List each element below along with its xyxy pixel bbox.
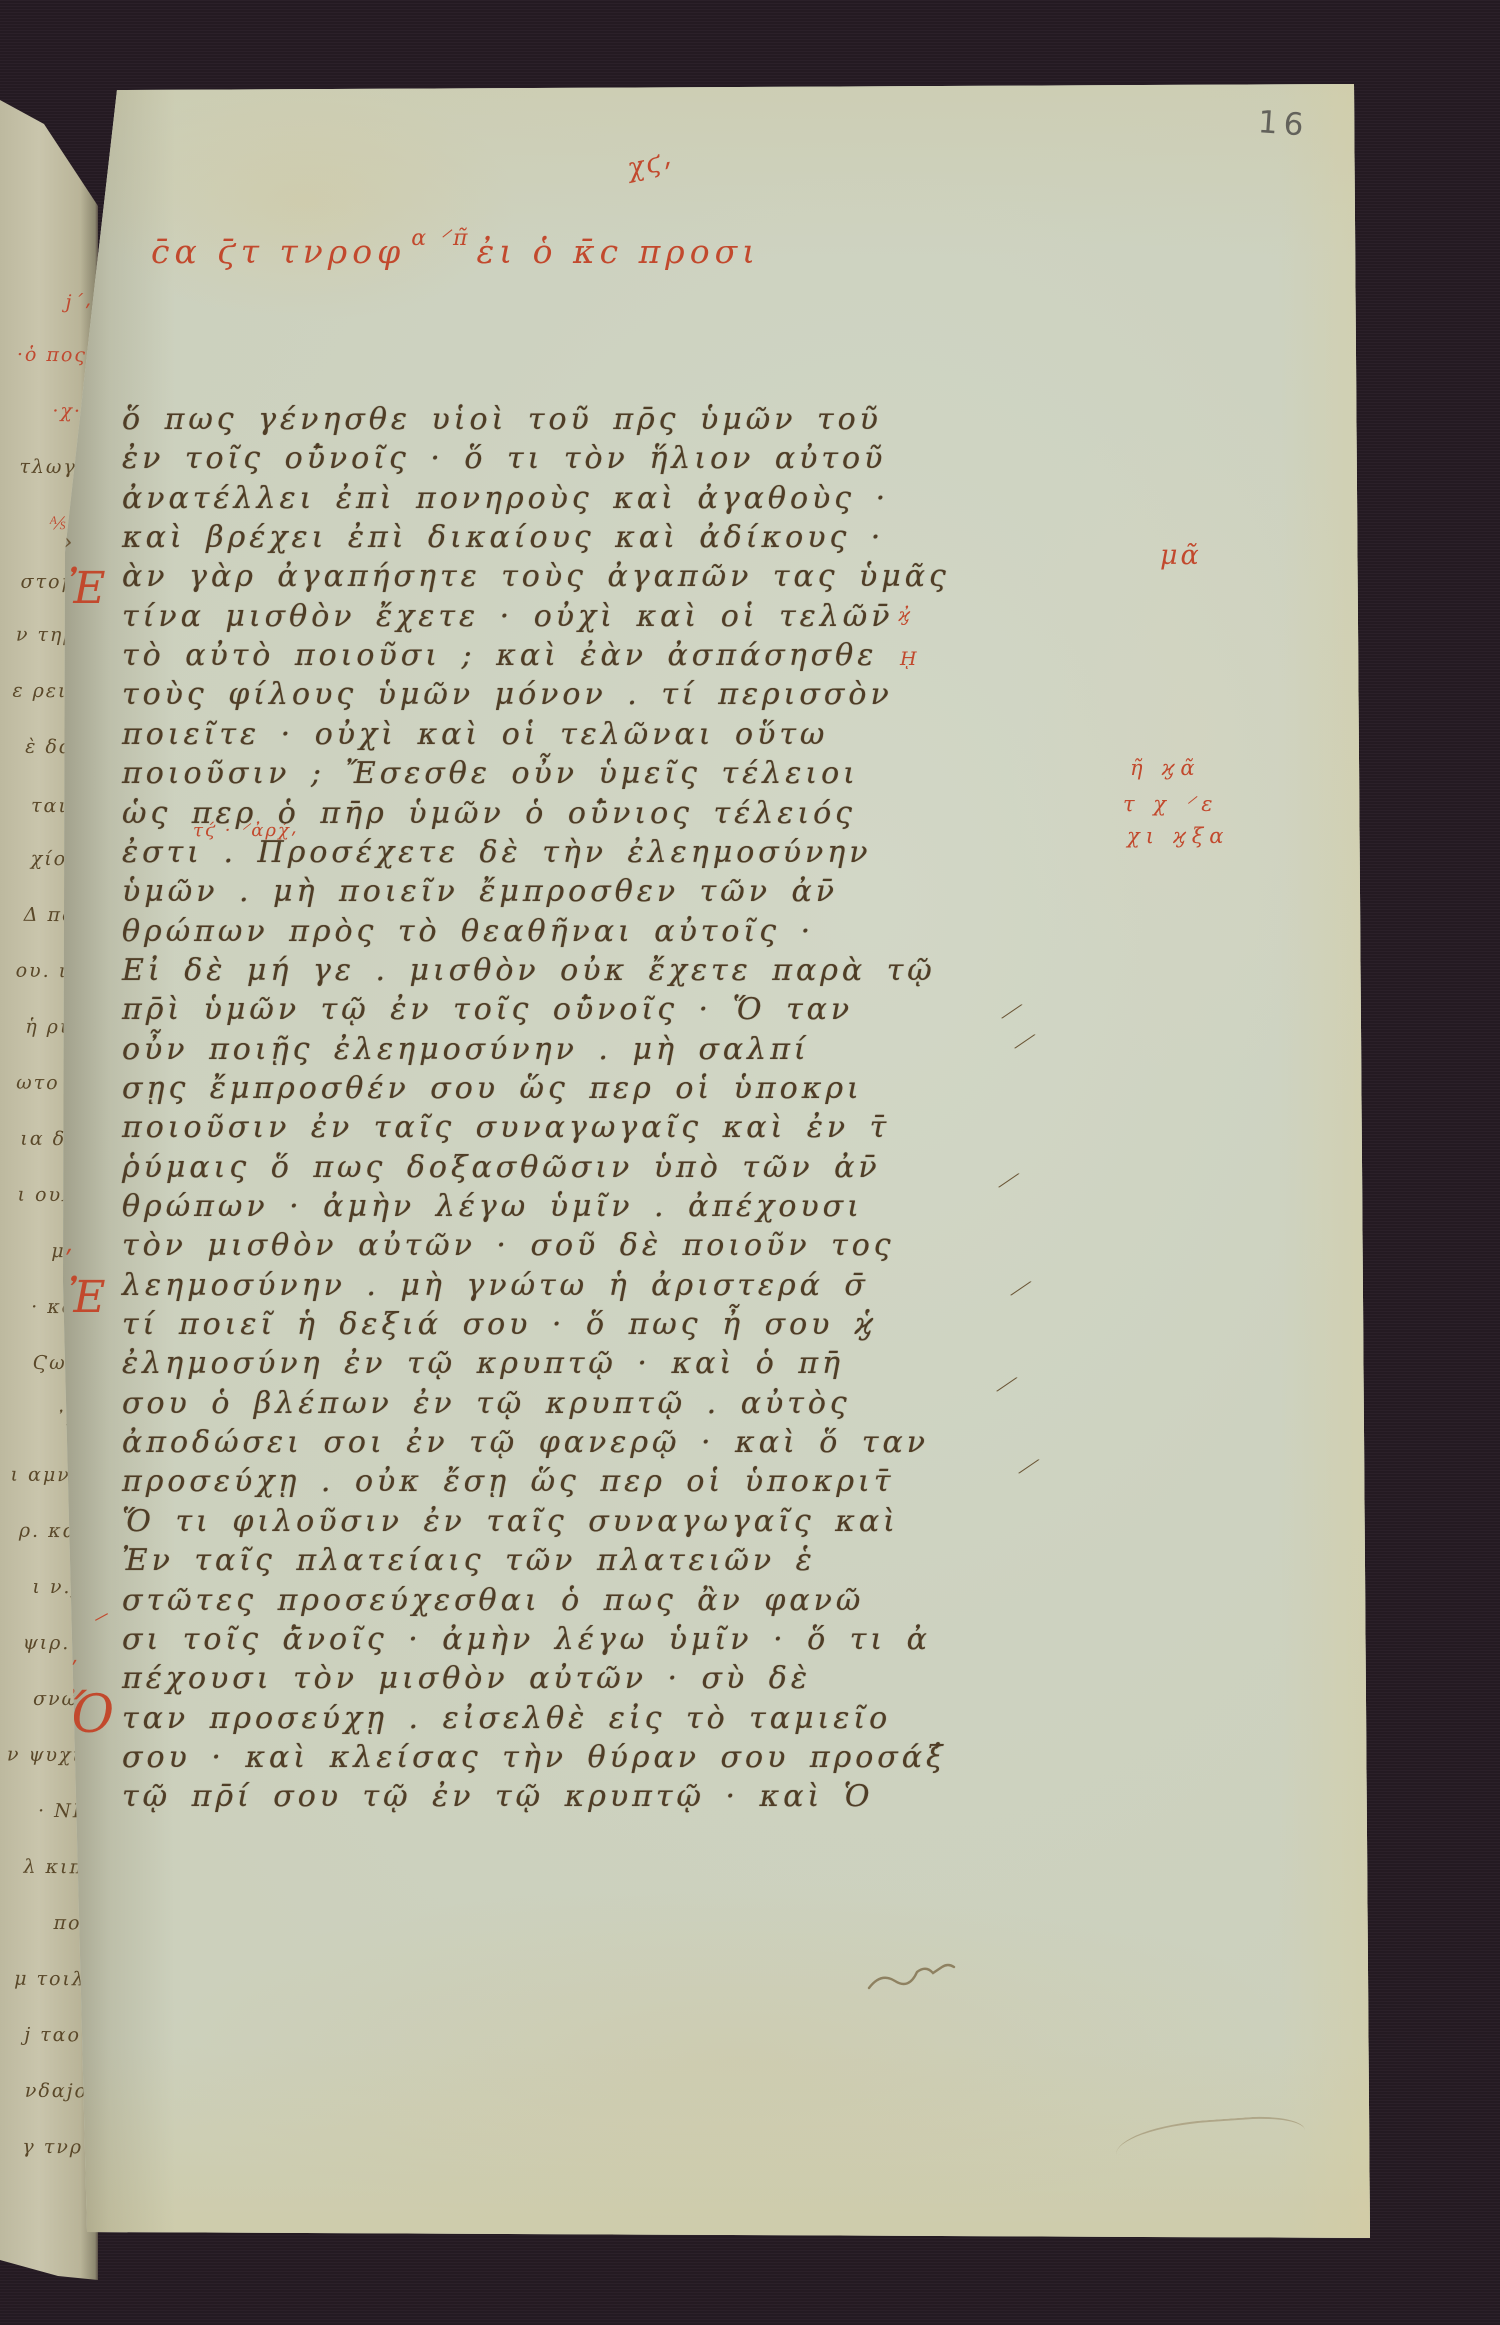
text-line-body: Ἐν ταῖς πλατείαις τῶν πλατειῶν ἑ bbox=[122, 1543, 816, 1578]
text-line-body: ὡς περ ὁ πη̄ρ ὑμῶν ὁ οὐ̄νιος τέλειός bbox=[122, 796, 856, 831]
text-line: ἐλημοσύνη ἐν τῷ κρυπτῷ · καὶ ὁ πη̄ bbox=[122, 1346, 844, 1381]
parchment-stain bbox=[95, 82, 515, 322]
text-line-body: τὸ αὐτὸ ποιοῦσι ; καὶ ἐὰν ἀσπάσησθε bbox=[122, 638, 877, 673]
text-line-body: ὰν γὰρ ἀγαπήσητε τοὺς ἀγαπῶν τας ὑμᾶς bbox=[122, 559, 950, 594]
text-line-body: στῶτες προσεύχεσθαι ὁ πως ἂν φανῶ bbox=[122, 1583, 864, 1618]
parchment-stain bbox=[1005, 382, 1385, 1082]
text-line-body: τῷ πρ̄ί σου τῷ ἐν τῷ κρυπτῷ · καὶ Ὁ bbox=[122, 1779, 874, 1814]
text-line-body: ἐστι . Προσέχετε δὲ τὴν ἐλεημοσύνην bbox=[122, 835, 871, 870]
text-line: ποιοῦσιν ἐν ταῖς συναγωγαῖς καὶ ἐν τ̄ bbox=[122, 1110, 890, 1145]
facing-page-fragment: ·χ· bbox=[0, 399, 82, 422]
text-line: ποιεῖτε · οὐχὶ καὶ οἱ τελῶναι οὕτω bbox=[122, 717, 828, 752]
line-end-red-mark: ϗ̓ bbox=[898, 604, 910, 626]
red-initial: Ἐ bbox=[68, 1272, 110, 1323]
manuscript-page: 16 ϲ̄α ϛ̄τ τνροφα ⸍π̃ἐι ὁ κ̄ϲ προσι χϛ⸴ … bbox=[55, 82, 1370, 2240]
line-end-flourish: ⟋ bbox=[1000, 999, 1019, 1026]
parchment-crease bbox=[1114, 2113, 1305, 2154]
text-line-body: ῥύμαις ὅ πως δοξασθῶσιν ὑπὸ τῶν ἀν̄ bbox=[122, 1150, 881, 1185]
folio-number: 16 bbox=[1257, 104, 1311, 144]
canon-reference-row: χι ϗξα bbox=[1127, 824, 1229, 848]
text-line-body: οὖν ποιῇς ἐλεημοσύνην . μὴ σαλπί bbox=[122, 1032, 810, 1067]
text-line-body: σου ὁ βλέπων ἐν τῷ κρυπτῷ . αὐτὸς bbox=[122, 1386, 851, 1421]
line-end-red-mark: ῌ bbox=[900, 648, 917, 670]
facing-page-fragment: ϳ ταο bbox=[0, 2023, 81, 2046]
facing-page-fragment: ϳ΄⸴ bbox=[6, 288, 92, 315]
text-line-body: σι τοῖς ἀ̄νοῖς · ἀμὴν λέγω ὑμῖν · ὅ τι ἀ bbox=[122, 1622, 931, 1657]
text-line-body: λεημοσύνην . μὴ γνώτω ἡ ἀριστερά σ̄ bbox=[122, 1268, 869, 1303]
facing-page-fragment: ποι bbox=[5, 1912, 91, 1935]
text-line-body: θρώπων · ἀμὴν λέγω ὑμῖν . ἀπέχουσι bbox=[122, 1189, 863, 1224]
text-line: σι τοῖς ἀ̄νοῖς · ἀμὴν λέγω ὑμῖν · ὅ τι ἀ bbox=[122, 1622, 931, 1657]
text-line: σῃς ἔμπροσθέν σου ὥς περ οἱ ὑποκρι bbox=[122, 1071, 863, 1106]
text-line-body: πρ̄ὶ ὑμῶν τῷ ἐν τοῖς οὐ̄νοῖς · Ὅ ταν bbox=[122, 992, 853, 1027]
text-line: τίνα μισθὸν ἔχετε · οὐχὶ καὶ οἱ τελῶν̄ bbox=[122, 599, 893, 634]
text-line: σου · καὶ κλείσας τὴν θύραν σου προσάξ̓ bbox=[122, 1740, 947, 1775]
canon-reference-row: ῆ ϗᾶ bbox=[1130, 756, 1201, 780]
line-end-flourish: ⟋ bbox=[1017, 1454, 1036, 1481]
text-line-body: ποιοῦσιν ; Ἔσεσθε οὖν ὑμεῖς τέλειοι bbox=[122, 756, 859, 791]
text-line-body: τὸν μισθὸν αὐτῶν · σοῦ δὲ ποιοῦν τος bbox=[122, 1228, 895, 1263]
red-initial: Ἐ bbox=[68, 563, 110, 614]
text-line: Ὅταν προσεύχῃ . εἰσελθὲ εἰς τὸ ταμιεῖο bbox=[122, 1701, 891, 1736]
text-line: οὖν ποιῇς ἐλεημοσύνην . μὴ σαλπί bbox=[122, 1032, 810, 1067]
text-line: Ἐν ταῖς πλατείαις τῶν πλατειῶν ἑ bbox=[122, 1543, 816, 1578]
text-line-body: ἐν τοῖς οὐ̄νοῖς · ὅ τι τὸν ἥλιον αὐτοῦ bbox=[122, 441, 886, 476]
rubric-heading: ϲ̄α ϛ̄τ τνροφα ⸍π̃ἐι ὁ κ̄ϲ προσι bbox=[151, 222, 760, 271]
text-line-body: ποιεῖτε · οὐχὶ καὶ οἱ τελῶναι οὕτω bbox=[122, 717, 828, 752]
text-line: Ἐὰν γὰρ ἀγαπήσητε τοὺς ἀγαπῶν τας ὑμᾶς bbox=[122, 559, 950, 594]
text-line: ὅ πως γένησθε υἱοὶ τοῦ πρ̄ς ὑμῶν τοῦ bbox=[122, 402, 882, 437]
rubric-superscript: α ⸍π̃ bbox=[411, 226, 470, 251]
text-line-body: ποιοῦσιν ἐν ταῖς συναγωγαῖς καὶ ἐν τ̄ bbox=[122, 1110, 890, 1145]
text-line: τὸν μισθὸν αὐτῶν · σοῦ δὲ ποιοῦν τος bbox=[122, 1228, 895, 1263]
text-line: ὡς περ ὁ πη̄ρ ὑμῶν ὁ οὐ̄νιος τέλειός bbox=[122, 796, 856, 831]
canon-reference-row: τ χ ⸍ε bbox=[1123, 790, 1218, 818]
parchment-stain bbox=[135, 1882, 1335, 2242]
text-line: Εἰ δὲ μή γε . μισθὸν οὐκ ἔχετε παρὰ τῷ bbox=[122, 953, 936, 988]
text-line: θρώπων πρὸς τὸ θεαθῆναι αὐτοῖς · bbox=[122, 914, 814, 949]
text-line: καὶ βρέχει ἐπὶ δικαίους καὶ ἀδίκους · bbox=[122, 520, 884, 555]
rubric-part1: ϲ̄α ϛ̄τ τνροφ bbox=[151, 232, 405, 271]
text-line: ἀποδώσει σοι ἐν τῷ φανερῷ · καὶ ὅ ταν bbox=[122, 1425, 929, 1460]
rubric-part2: ἐι ὁ κ̄ϲ προσι bbox=[477, 232, 761, 271]
text-line: θρώπων · ἀμὴν λέγω ὑμῖν . ἀπέχουσι bbox=[122, 1189, 863, 1224]
manuscript-photo: ϳ΄⸴·ὁ πος·χ·τλωγε⅍ ·στομ ⸴ν τηριε ρεινὲ … bbox=[0, 0, 1500, 2325]
text-line: τὸ αὐτὸ ποιοῦσι ; καὶ ἐὰν ἀσπάσησθε bbox=[122, 638, 877, 673]
text-line-body: Εἰ δὲ μή γε . μισθὸν οὐκ ἔχετε παρὰ τῷ bbox=[122, 953, 936, 988]
text-line-body: ὑμῶν . μὴ ποιεῖν ἔμπροσθεν τῶν ἀν̄ bbox=[122, 874, 838, 909]
facing-page-fragment: μ τοιλ bbox=[0, 1967, 86, 1990]
text-line-body: τί ποιεῖ ἡ δεξιά σου · ὅ πως ἦ σου ϗ̔ bbox=[122, 1307, 877, 1342]
text-line: τῷ πρ̄ί σου τῷ ἐν τῷ κρυπτῷ · καὶ Ὁ bbox=[122, 1779, 874, 1814]
text-line-body: ἀποδώσει σοι ἐν τῷ φανερῷ · καὶ ὅ ταν bbox=[122, 1425, 929, 1460]
line-end-flourish: ⟋ bbox=[1013, 1029, 1032, 1056]
red-slash-mark: ⸍ bbox=[88, 1601, 107, 1639]
text-line: πέχουσι τὸν μισθὸν αὐτῶν · σὺ δὲ bbox=[122, 1661, 811, 1696]
text-line-body: σου · καὶ κλείσας τὴν θύραν σου προσάξ̓ bbox=[122, 1740, 947, 1775]
text-line-body: καὶ βρέχει ἐπὶ δικαίους καὶ ἀδίκους · bbox=[122, 520, 884, 555]
text-line-body: πέχουσι τὸν μισθὸν αὐτῶν · σὺ δὲ bbox=[122, 1661, 811, 1696]
text-line-body: ὅ πως γένησθε υἱοὶ τοῦ πρ̄ς ὑμῶν τοῦ bbox=[122, 402, 882, 437]
facing-page-fragment: ν ψυχι bbox=[0, 1743, 82, 1766]
ink-squiggle bbox=[865, 1958, 975, 2002]
line-end-flourish: ⟋ bbox=[997, 1168, 1016, 1195]
line-end-flourish: ⟋ bbox=[1009, 1276, 1028, 1303]
red-comma-mark: ⸴ bbox=[65, 1230, 71, 1263]
section-number-note: μᾶ bbox=[1160, 540, 1202, 571]
line-end-flourish: ⟋ bbox=[995, 1372, 1014, 1399]
text-line: ἐν τοῖς οὐ̄νοῖς · ὅ τι τὸν ἥλιον αὐτοῦ bbox=[122, 441, 886, 476]
text-line: Ὅ τι φιλοῦσιν ἐν ταῖς συναγωγαῖς καὶ bbox=[122, 1504, 899, 1539]
text-line-body: θρώπων πρὸς τὸ θεαθῆναι αὐτοῖς · bbox=[122, 914, 814, 949]
text-line-body: ἐλημοσύνη ἐν τῷ κρυπτῷ · καὶ ὁ πη̄ bbox=[122, 1346, 844, 1381]
facing-page-fragment: γ τνρ bbox=[0, 2135, 83, 2158]
text-line-body: σῃς ἔμπροσθέν σου ὥς περ οἱ ὑποκρι bbox=[122, 1071, 863, 1106]
rubric-flourish: χϛ⸴ bbox=[624, 140, 675, 185]
text-line: ποιοῦσιν ; Ἔσεσθε οὖν ὑμεῖς τέλειοι bbox=[122, 756, 859, 791]
text-line: τί ποιεῖ ἡ δεξιά σου · ὅ πως ἦ σου ϗ̔ bbox=[122, 1307, 877, 1342]
text-line: πρ̄ὶ ὑμῶν τῷ ἐν τοῖς οὐ̄νοῖς · Ὅ ταν bbox=[122, 992, 853, 1027]
text-line: ἐστι . Προσέχετε δὲ τὴν ἐλεημοσύνην bbox=[122, 835, 871, 870]
text-line: προσεύχῃ . οὐκ ἔσῃ ὥς περ οἱ ὑποκριτ̄ bbox=[122, 1464, 894, 1499]
text-line-body: προσεύχῃ . οὐκ ἔσῃ ὥς περ οἱ ὑποκριτ̄ bbox=[122, 1464, 894, 1499]
text-line: στῶτες προσεύχεσθαι ὁ πως ἂν φανῶ bbox=[122, 1583, 864, 1618]
text-line-body: τίνα μισθὸν ἔχετε · οὐχὶ καὶ οἱ τελῶν̄ bbox=[122, 599, 893, 634]
text-line: ῥύμαις ὅ πως δοξασθῶσιν ὑπὸ τῶν ἀν̄ bbox=[122, 1150, 881, 1185]
facing-page-fragment: νδαϳο bbox=[2, 2080, 88, 2103]
facing-page-fragment: λ κιπ bbox=[0, 1855, 84, 1878]
text-line-body: Ὅ τι φιλοῦσιν ἐν ταῖς συναγωγαῖς καὶ bbox=[122, 1504, 899, 1539]
text-line: Ἐλεημοσύνην . μὴ γνώτω ἡ ἀριστερά σ̄ bbox=[122, 1268, 869, 1303]
text-line-body: ταν προσεύχῃ . εἰσελθὲ εἰς τὸ ταμιεῖο bbox=[122, 1701, 891, 1736]
text-line: σου ὁ βλέπων ἐν τῷ κρυπτῷ . αὐτὸς bbox=[122, 1386, 851, 1421]
text-line-body: τοὺς φίλους ὑμῶν μόνον . τί περισσὸν bbox=[122, 677, 893, 712]
text-line: ὑμῶν . μὴ ποιεῖν ἔμπροσθεν τῶν ἀν̄ bbox=[122, 874, 838, 909]
facing-page-fragment: ·ὁ πος bbox=[1, 343, 87, 366]
text-line-body: ἀνατέλλει ἐπὶ πονηροὺς καὶ ἀγαθοὺς · bbox=[122, 481, 889, 516]
text-line: ἀνατέλλει ἐπὶ πονηροὺς καὶ ἀγαθοὺς · bbox=[122, 481, 889, 516]
text-line: τοὺς φίλους ὑμῶν μόνον . τί περισσὸν bbox=[122, 677, 893, 712]
